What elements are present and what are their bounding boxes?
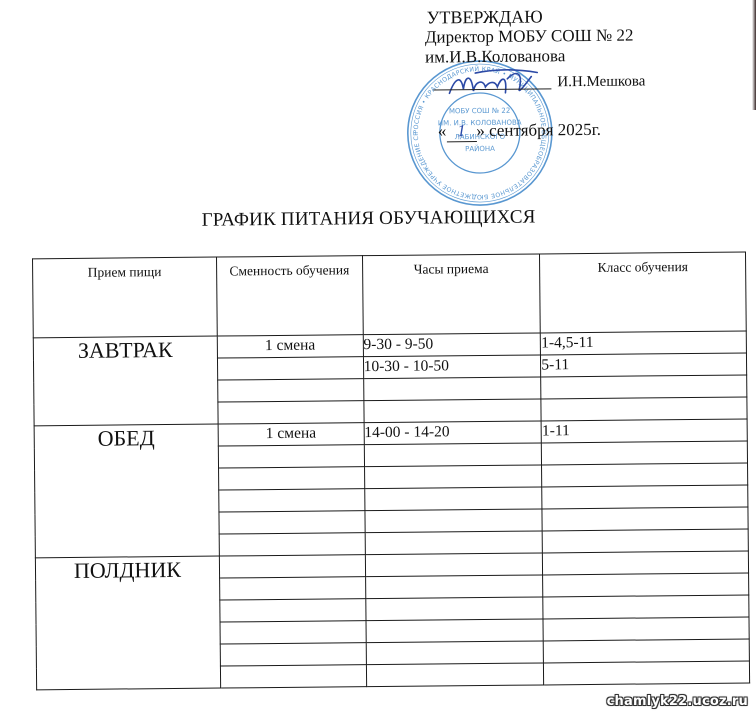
meal-name-cell: ОБЕД	[34, 424, 219, 558]
approval-block: УТВЕРЖДАЮ Директор МОБУ СОШ № 22 им.И.В.…	[425, 6, 634, 68]
date-open-quote: «	[438, 121, 447, 140]
signer-name: И.Н.Мешкова	[557, 73, 645, 91]
meal-name-cell: ПОЛДНИК	[35, 556, 220, 690]
date-day: 1	[446, 121, 476, 142]
class-cell	[542, 441, 748, 465]
shift-cell	[218, 467, 364, 490]
date-month-year: » сентября 2025г.	[476, 120, 601, 140]
hours-cell: 10-30 - 10-50	[363, 355, 541, 379]
hours-cell	[366, 619, 544, 643]
hours-cell	[365, 553, 543, 577]
approval-school-name: им.И.В.Колованова	[425, 46, 634, 68]
shift-cell	[220, 599, 366, 622]
signature-icon	[445, 66, 565, 101]
shift-cell	[220, 643, 366, 666]
shift-cell	[219, 511, 365, 534]
class-cell	[542, 463, 748, 487]
shift-cell	[218, 445, 364, 468]
class-cell	[542, 529, 748, 553]
hours-cell	[365, 509, 543, 533]
class-cell: 5-11	[541, 353, 747, 377]
shift-cell	[219, 577, 365, 600]
class-cell	[544, 661, 750, 685]
header-hours: Часы приема	[362, 254, 540, 335]
class-cell	[543, 595, 749, 619]
table-body: ЗАВТРАК1 смена9-30 - 9-501-4,5-1110-30 -…	[33, 331, 749, 690]
shift-cell	[218, 401, 364, 424]
hours-cell	[364, 399, 542, 423]
svg-text:РАЙОНА: РАЙОНА	[465, 144, 495, 153]
shift-cell	[218, 379, 364, 402]
approval-position: Директор МОБУ СОШ № 22	[425, 26, 634, 48]
header-class: Класс обучения	[540, 252, 746, 333]
class-cell	[541, 375, 747, 399]
header-meal: Прием пищи	[33, 257, 218, 338]
class-cell: 1-4,5-11	[541, 331, 747, 355]
shift-cell	[217, 357, 363, 380]
class-cell	[543, 617, 749, 641]
shift-cell	[219, 555, 365, 578]
meal-schedule-table: Прием пищи Сменность обучения Часы прием…	[32, 251, 750, 690]
meal-name-cell: ЗАВТРАК	[33, 336, 218, 426]
shift-cell: 1 смена	[217, 335, 363, 358]
approval-date: «1» сентября 2025г.	[438, 120, 601, 143]
hours-cell: 9-30 - 9-50	[363, 333, 541, 357]
class-cell: 1-11	[541, 419, 747, 443]
hours-cell	[365, 531, 543, 555]
shift-cell	[219, 489, 365, 512]
shift-cell	[220, 665, 366, 688]
hours-cell	[366, 641, 544, 665]
table-header-row: Прием пищи Сменность обучения Часы прием…	[33, 252, 747, 338]
hours-cell	[364, 465, 542, 489]
hours-cell	[363, 377, 541, 401]
hours-cell	[364, 443, 542, 467]
svg-text:МОБУ СОШ № 22: МОБУ СОШ № 22	[449, 107, 510, 116]
hours-cell	[365, 597, 543, 621]
class-cell	[541, 397, 747, 421]
approval-title: УТВЕРЖДАЮ	[427, 6, 634, 28]
document-page: РОССИЯ • КРАСНОДАРСКИЙ КРАЙ • МУНИЦИПАЛЬ…	[0, 0, 756, 715]
class-cell	[542, 485, 748, 509]
hours-cell	[364, 487, 542, 511]
shift-cell: 1 смена	[218, 423, 364, 446]
shift-cell	[219, 533, 365, 556]
site-watermark: chamlyk22.ucoz.ru	[607, 694, 748, 709]
document-heading: ГРАФИК ПИТАНИЯ ОБУЧАЮЩИХСЯ	[202, 207, 536, 232]
class-cell	[542, 507, 748, 531]
class-cell	[543, 573, 749, 597]
shift-cell	[220, 621, 366, 644]
header-shift: Сменность обучения	[216, 256, 363, 336]
class-cell	[543, 551, 749, 575]
hours-cell: 14-00 - 14-20	[364, 421, 542, 445]
class-cell	[544, 639, 750, 663]
hours-cell	[365, 575, 543, 599]
hours-cell	[366, 663, 544, 687]
